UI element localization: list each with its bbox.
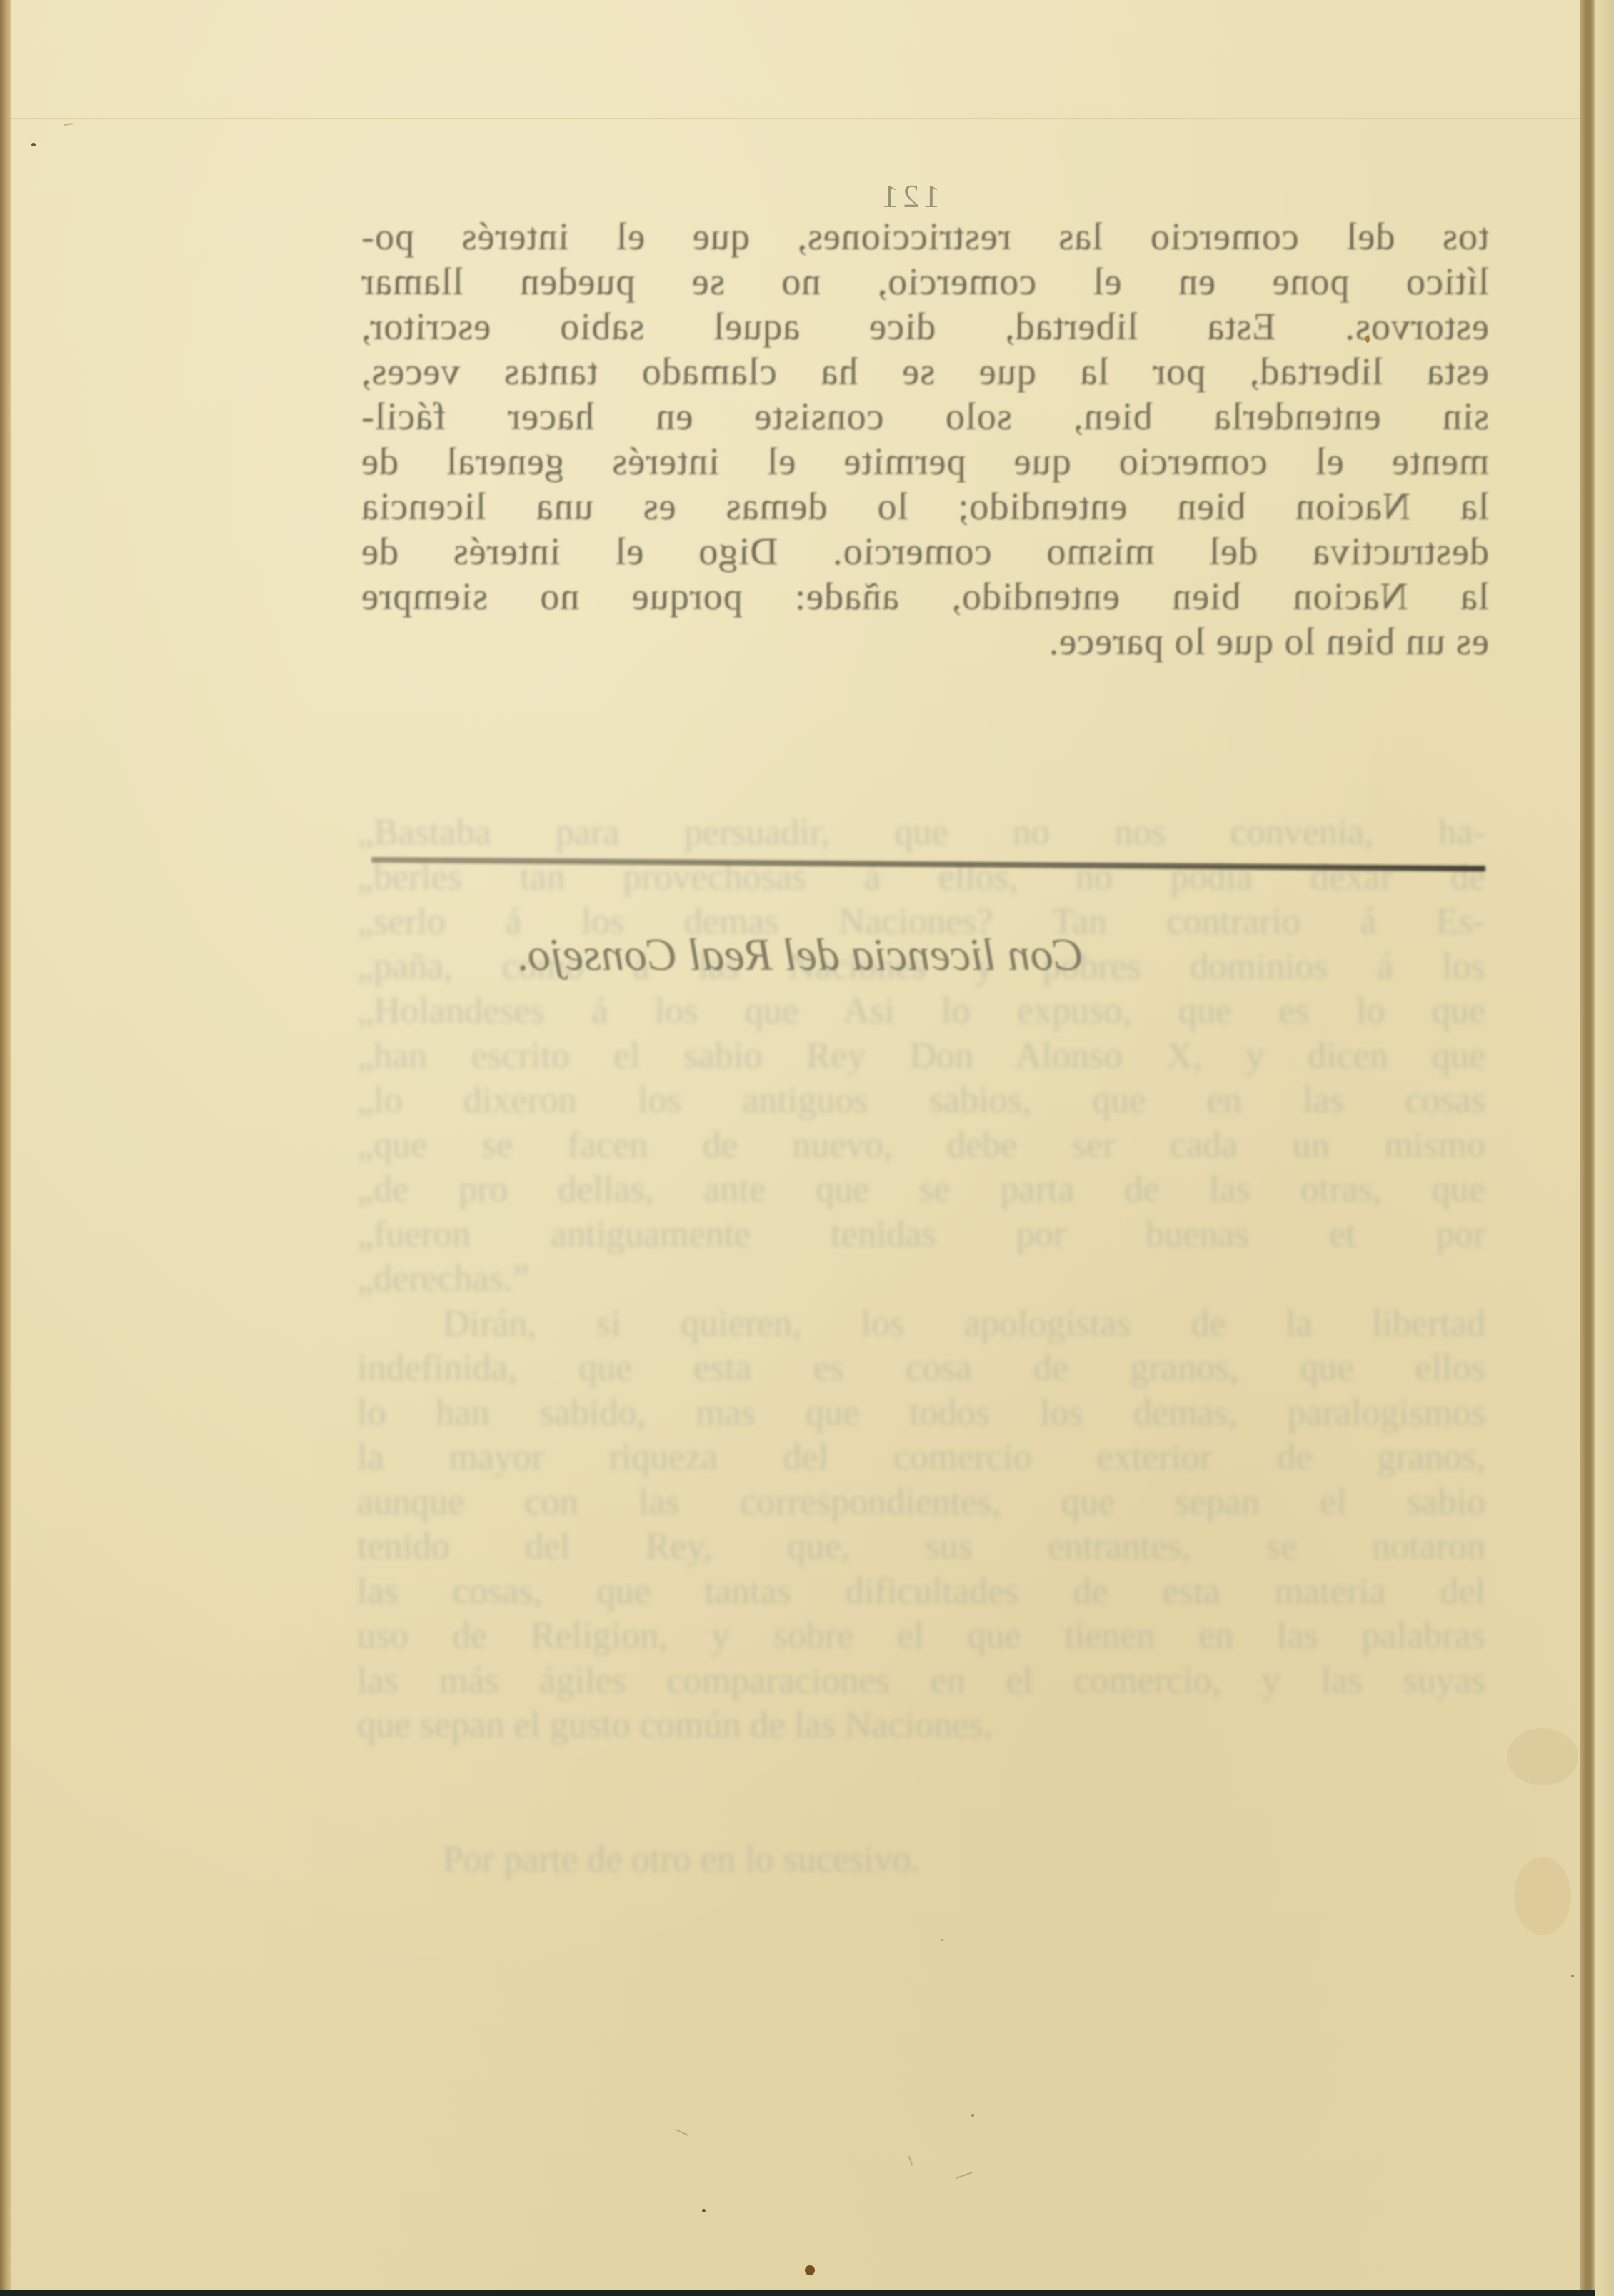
foxing-spot <box>1365 336 1370 343</box>
body-line-last: es un bien lo que lo parece. <box>361 619 1489 664</box>
paper-fiber <box>956 2172 972 2179</box>
ghost-line: las cosas, que tantas dificultades de es… <box>357 1570 1485 1615</box>
paper-crease <box>11 118 1583 119</box>
body-line: la Nacion bien entendido; lo demas es un… <box>361 484 1489 529</box>
foxing-spot <box>31 143 36 146</box>
ghost-line: „derechas.” <box>357 1257 1485 1302</box>
ghost-line: aunque con las correspondientes, que sep… <box>357 1480 1485 1525</box>
adjacent-page-edge <box>1595 0 1614 2296</box>
water-stain <box>1514 1857 1571 1935</box>
ghost-line: uso de Religion, y sobre el que tienen e… <box>357 1614 1485 1659</box>
ghost-line <box>357 721 1485 766</box>
page-number: 121 <box>883 177 940 215</box>
body-line: la Nacion bien entendido, añade: porque … <box>361 574 1489 619</box>
body-line: mente el comercio que permite el interés… <box>361 439 1489 484</box>
book-page: „Bastaba para persuadir, que no nos conv… <box>0 0 1597 2290</box>
mirrored-body-text: tos del comercio las restricciones, que … <box>361 214 1489 664</box>
ghost-line: „Bastaba para persuadir, que no nos conv… <box>357 811 1485 856</box>
foxing-spot <box>1571 1975 1574 1977</box>
foxing-spot <box>702 2209 706 2212</box>
foxing-spot <box>971 2114 974 2117</box>
ghost-line: las más ágiles comparaciones en el comer… <box>357 1659 1485 1704</box>
water-stain <box>1507 1728 1578 1785</box>
ghost-line: tenido del Rey, que, sus entrantes, se n… <box>357 1525 1485 1570</box>
ghost-line: „que se facen de nuevo, debe ser cada un… <box>357 1123 1485 1168</box>
ghost-line <box>357 1748 1485 1793</box>
body-line: lítico pone en el comercio, no se pueden… <box>361 259 1489 304</box>
ghost-line: la mayor riqueza del comercio exterior d… <box>357 1435 1485 1480</box>
show-through-text: „Bastaba para persuadir, que no nos conv… <box>357 721 1485 1882</box>
ghost-line: „Holandeses á los que Asi lo expuso, que… <box>357 989 1485 1034</box>
ghost-line: „de pro dellas, ante que se parta de las… <box>357 1168 1485 1213</box>
ghost-line: „han escrito el sabio Rey Don Alonso X, … <box>357 1034 1485 1079</box>
ghost-line: Dirán, si quieren, los apologistas de la… <box>357 1302 1485 1347</box>
paper-fiber <box>908 2156 913 2166</box>
ghost-line <box>357 1793 1485 1838</box>
ghost-line: que sepan el gusto común de las Naciones… <box>357 1703 1485 1748</box>
ghost-line: Por parte de otro en lo sucesivo. <box>357 1838 1485 1883</box>
body-line: estorvos. Esta libertad, dice aquel sabi… <box>361 304 1489 349</box>
body-line: destructiva del mismo comercio. Digo el … <box>361 529 1489 574</box>
foxing-spot <box>941 1939 943 1941</box>
body-line: tos del comercio las restricciones, que … <box>361 214 1489 259</box>
right-page-fold-band <box>1580 0 1595 2290</box>
ghost-line: „lo dixeron los antiguos sabios, que en … <box>357 1078 1485 1123</box>
body-line: esta libertad, por la que se ha clamado … <box>361 349 1489 394</box>
ghost-line: indefinida, que esta es cosa de granos, … <box>357 1346 1485 1391</box>
left-page-edge <box>0 0 11 2290</box>
paper-fiber <box>676 2129 689 2136</box>
ghost-line <box>357 766 1485 811</box>
foxing-spot <box>805 2265 815 2275</box>
paper-fiber <box>64 123 73 126</box>
ghost-line: lo han sabido, mas que todos los demas, … <box>357 1391 1485 1436</box>
body-line: sin entenderla bien, solo consiste en ha… <box>361 394 1489 439</box>
ghost-line: „fueron antiguamente tenidas por buenas … <box>357 1213 1485 1258</box>
license-imprint: Con licencia del Real Consejo. <box>443 928 1157 981</box>
